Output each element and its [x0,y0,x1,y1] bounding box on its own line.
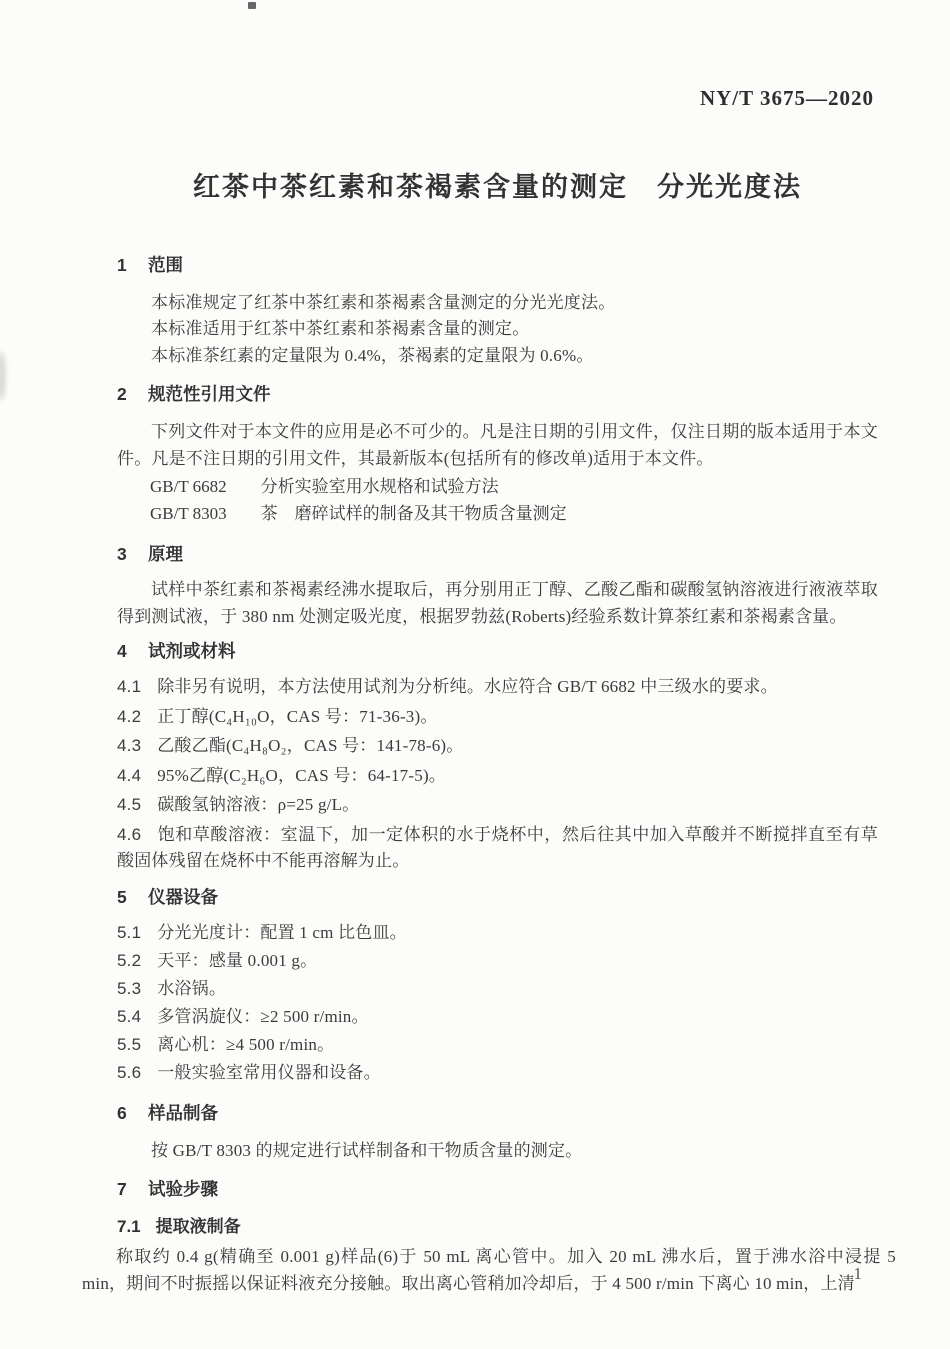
page-number: 1 [854,1264,863,1284]
clause-text: 多管涡旋仪：≥2 500 r/min。 [157,1007,368,1026]
clause-text: 水浴锅。 [157,979,226,998]
clause-text: 分光光度计：配置 1 cm 比色皿。 [157,923,407,942]
clause-item: 5.3水浴锅。 [117,976,878,1003]
section-number: 4 [117,638,130,664]
reference-item: GB/T 6682分析实验室用水规格和试验方法 [117,474,878,501]
clause-item: 4.5碳酸氢钠溶液：ρ=25 g/L。 [117,792,878,819]
section-title: 范围 [148,255,183,275]
section-title: 仪器设备 [148,887,218,907]
section-title: 试剂或材料 [148,641,236,661]
clause-item: 5.4多管涡旋仪：≥2 500 r/min。 [117,1004,878,1031]
clause-number: 5.5 [117,1035,141,1054]
section-heading: 3原理 [117,541,878,567]
section-title: 样品制备 [148,1103,218,1123]
clause-number: 4.2 [117,707,141,726]
section-title: 原理 [148,544,183,564]
section-title: 试验步骤 [148,1179,218,1199]
clause-text: 正丁醇(C₄H₁₀O，CAS 号：71-36-3)。 [157,707,437,726]
section-number: 6 [117,1100,130,1126]
clause-number: 5.6 [117,1063,141,1082]
reference-name: 分析实验室用水规格和试验方法 [261,477,499,496]
section-number: 1 [117,252,130,278]
paragraph: 按 GB/T 8303 的规定进行试样制备和干物质含量的测定。 [117,1138,878,1164]
clause-number: 5.2 [117,951,141,970]
paragraph-group: 本标准规定了红茶中茶红素和茶褐素含量测定的分光光度法。 本标准适用于红茶中茶红素… [117,290,878,369]
clause-item: 5.5离心机：≥4 500 r/min。 [117,1032,878,1059]
section-scope: 1范围 本标准规定了红茶中茶红素和茶褐素含量测定的分光光度法。 本标准适用于红茶… [117,252,878,369]
paragraph-group: 按 GB/T 8303 的规定进行试样制备和干物质含量的测定。 [117,1138,878,1164]
section-heading: 2规范性引用文件 [117,381,878,407]
section-heading: 4试剂或材料 [117,638,878,664]
clause-item: 4.495%乙醇(C₂H₆O，CAS 号：64-17-5)。 [117,763,878,790]
paragraph: 本标准适用于红茶中茶红素和茶褐素含量的测定。 [117,316,878,342]
clause-text: 95%乙醇(C₂H₆O，CAS 号：64-17-5)。 [157,766,446,785]
clause-item: 4.6饱和草酸溶液：室温下，加一定体积的水于烧杯中，然后往其中加入草酸并不断搅拌… [117,822,878,875]
document-title: 红茶中茶红素和茶褐素含量的测定 分光光度法 [117,170,878,204]
paragraph-group: 试样中茶红素和茶褐素经沸水提取后，再分别用正丁醇、乙酸乙酯和碳酸氢钠溶液进行液液… [117,577,878,630]
clause-text: 天平：感量 0.001 g。 [157,951,317,970]
clause-item: 5.1分光光度计：配置 1 cm 比色皿。 [117,920,878,947]
section-heading: 7试验步骤 [117,1176,878,1202]
section-references: 2规范性引用文件 下列文件对于本文件的应用是必不可少的。凡是注日期的引用文件，仅… [117,381,878,527]
section-procedure: 7试验步骤 7.1提取液制备 称取约 0.4 g(精确至 0.001 g)样品(… [117,1176,878,1297]
clause-number: 5.1 [117,923,141,942]
clause-number: 5.4 [117,1007,141,1026]
clause-item: 4.1除非另有说明，本方法使用试剂为分析纯。水应符合 GB/T 6682 中三级… [117,674,878,701]
clause-list: 4.1除非另有说明，本方法使用试剂为分析纯。水应符合 GB/T 6682 中三级… [117,674,878,875]
clause-text: 离心机：≥4 500 r/min。 [157,1035,334,1054]
paragraph: 称取约 0.4 g(精确至 0.001 g)样品(6)于 50 mL 离心管中。… [82,1244,896,1297]
subsection-heading: 7.1提取液制备 [117,1214,878,1240]
clause-list: 5.1分光光度计：配置 1 cm 比色皿。 5.2天平：感量 0.001 g。 … [117,920,878,1087]
paragraph: 本标准规定了红茶中茶红素和茶褐素含量测定的分光光度法。 [117,290,878,316]
section-sample-prep: 6样品制备 按 GB/T 8303 的规定进行试样制备和干物质含量的测定。 [117,1100,878,1164]
section-heading: 1范围 [117,252,878,278]
clause-text: 除非另有说明，本方法使用试剂为分析纯。水应符合 GB/T 6682 中三级水的要… [157,677,778,696]
section-heading: 6样品制备 [117,1100,878,1126]
paragraph: 试样中茶红素和茶褐素经沸水提取后，再分别用正丁醇、乙酸乙酯和碳酸氢钠溶液进行液液… [117,577,878,630]
document-page: NY/T 3675—2020 红茶中茶红素和茶褐素含量的测定 分光光度法 1范围… [0,0,950,1349]
reference-code: GB/T 8303 [150,504,227,523]
subsection-number: 7.1 [117,1214,141,1240]
clause-item: 5.2天平：感量 0.001 g。 [117,948,878,975]
clause-text: 饱和草酸溶液：室温下，加一定体积的水于烧杯中，然后往其中加入草酸并不断搅拌直至有… [117,825,878,871]
clause-number: 4.1 [117,677,141,696]
document-content: 红茶中茶红素和茶褐素含量的测定 分光光度法 1范围 本标准规定了红茶中茶红素和茶… [117,0,878,1297]
clause-item: 4.2正丁醇(C₄H₁₀O，CAS 号：71-36-3)。 [117,704,878,731]
scan-artifact-smudge [0,352,6,400]
section-number: 5 [117,884,130,910]
reference-item: GB/T 8303茶 磨碎试样的制备及其干物质含量测定 [117,501,878,528]
subsection-title: 提取液制备 [156,1217,241,1236]
section-apparatus: 5仪器设备 5.1分光光度计：配置 1 cm 比色皿。 5.2天平：感量 0.0… [117,884,878,1087]
clause-number: 4.4 [117,766,141,785]
clause-text: 一般实验室常用仪器和设备。 [157,1063,381,1082]
paragraph: 本标准茶红素的定量限为 0.4%，茶褐素的定量限为 0.6%。 [117,343,878,369]
section-title: 规范性引用文件 [148,384,271,404]
section-reagents: 4试剂或材料 4.1除非另有说明，本方法使用试剂为分析纯。水应符合 GB/T 6… [117,638,878,875]
clause-number: 5.3 [117,979,141,998]
paragraph: 下列文件对于本文件的应用是必不可少的。凡是注日期的引用文件，仅注日期的版本适用于… [117,419,878,472]
section-heading: 5仪器设备 [117,884,878,910]
clause-number: 4.5 [117,795,141,814]
section-principle: 3原理 试样中茶红素和茶褐素经沸水提取后，再分别用正丁醇、乙酸乙酯和碳酸氢钠溶液… [117,541,878,630]
clause-text: 碳酸氢钠溶液：ρ=25 g/L。 [157,795,359,814]
clause-item: 4.3乙酸乙酯(C₄H₈O₂，CAS 号：141-78-6)。 [117,733,878,760]
section-number: 7 [117,1176,130,1202]
clause-text: 乙酸乙酯(C₄H₈O₂，CAS 号：141-78-6)。 [157,736,463,755]
section-number: 3 [117,541,130,567]
clause-number: 4.6 [117,825,141,844]
paragraph-group: 下列文件对于本文件的应用是必不可少的。凡是注日期的引用文件，仅注日期的版本适用于… [117,419,878,472]
reference-list: GB/T 6682分析实验室用水规格和试验方法 GB/T 8303茶 磨碎试样的… [117,474,878,527]
reference-code: GB/T 6682 [150,477,227,496]
clause-item: 5.6一般实验室常用仪器和设备。 [117,1060,878,1087]
reference-name: 茶 磨碎试样的制备及其干物质含量测定 [261,504,567,523]
section-number: 2 [117,381,130,407]
clause-number: 4.3 [117,736,141,755]
